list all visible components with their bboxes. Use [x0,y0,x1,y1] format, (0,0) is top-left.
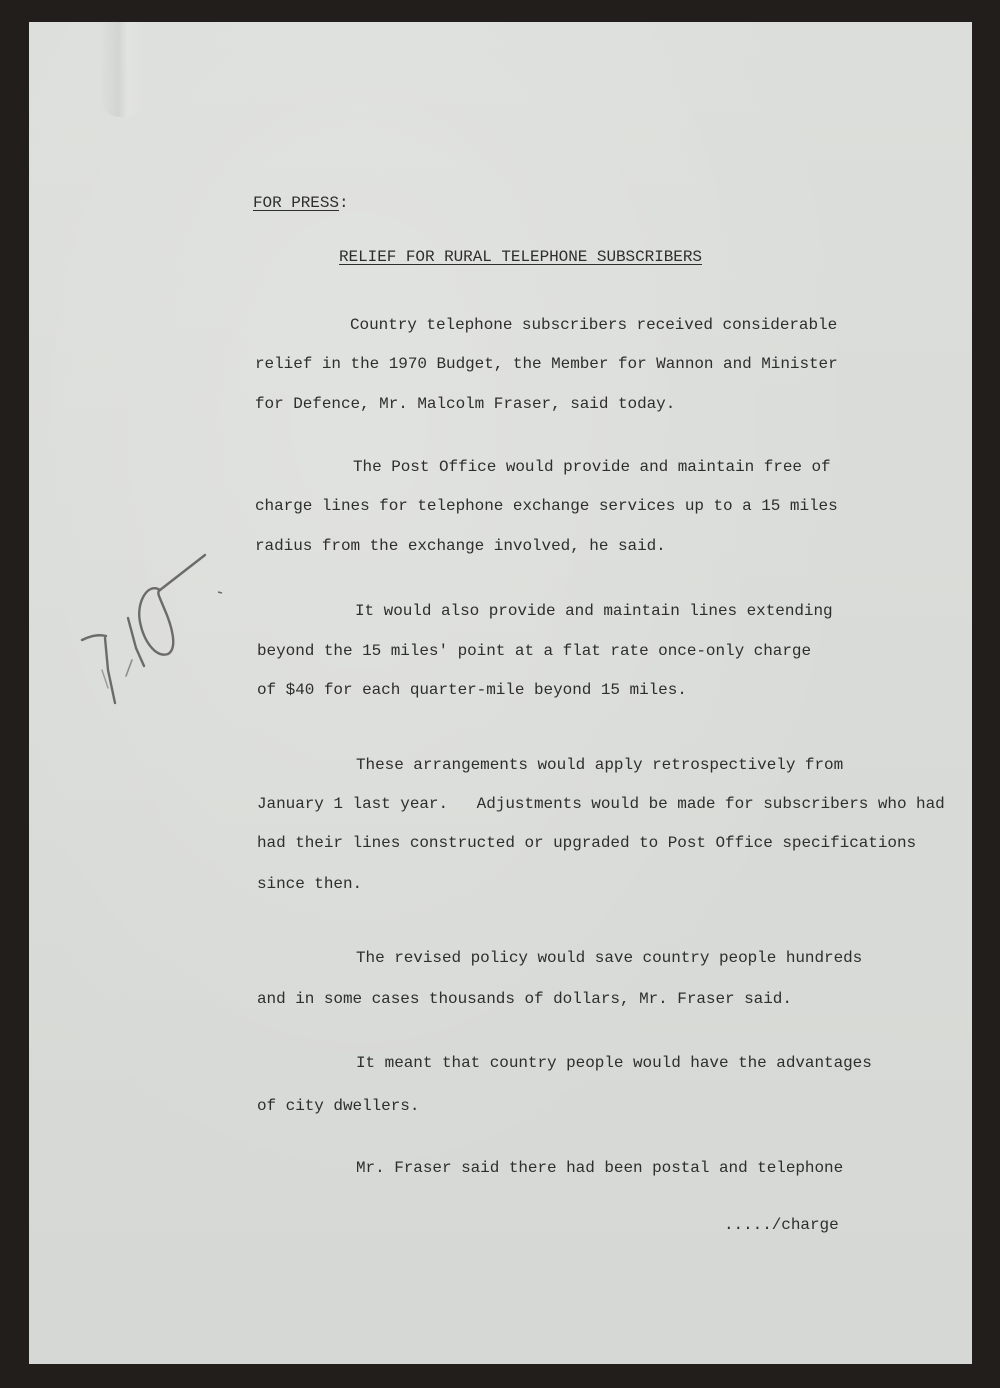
continuation-marker: ...../charge [724,1216,839,1234]
press-header: FOR PRESS: [253,194,349,212]
paper-crease [100,22,146,117]
paragraph-line: It would also provide and maintain lines… [355,602,833,620]
paragraph-line: radius from the exchange involved, he sa… [255,537,666,555]
paragraph-line: Mr. Fraser said there had been postal an… [356,1159,843,1177]
document-title: RELIEF FOR RURAL TELEPHONE SUBSCRIBERS [339,248,702,266]
paragraph-line: of city dwellers. [257,1097,419,1115]
paragraph-line: for Defence, Mr. Malcolm Fraser, said to… [255,395,675,413]
paragraph-line: January 1 last year. Adjustments would b… [257,795,945,813]
paragraph-line: Country telephone subscribers received c… [350,316,837,334]
press-header-colon: : [339,194,349,212]
paragraph-line: beyond the 15 miles' point at a flat rat… [257,642,811,660]
paragraph-line: charge lines for telephone exchange serv… [255,497,838,515]
paragraph-line: since then. [257,875,362,893]
press-header-label: FOR PRESS [253,194,339,212]
paragraph-line: relief in the 1970 Budget, the Member fo… [255,355,838,373]
handwritten-annotation-icon [60,530,240,730]
paragraph-line: had their lines constructed or upgraded … [257,834,916,852]
paragraph-line: These arrangements would apply retrospec… [356,756,843,774]
paragraph-line: and in some cases thousands of dollars, … [257,990,792,1008]
paragraph-line: of $40 for each quarter-mile beyond 15 m… [257,681,687,699]
paragraph-line: The Post Office would provide and mainta… [353,458,831,476]
paragraph-line: The revised policy would save country pe… [356,949,862,967]
paragraph-line: It meant that country people would have … [356,1054,872,1072]
